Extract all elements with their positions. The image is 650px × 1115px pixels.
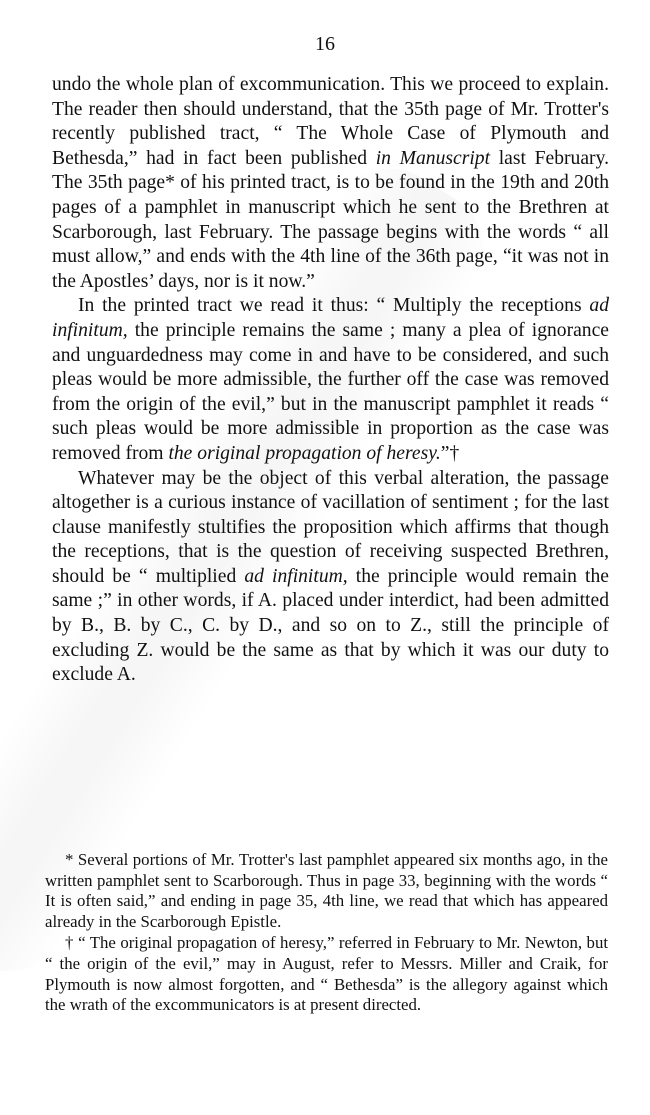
paragraph-1: undo the whole plan of excommunication. … <box>52 73 609 294</box>
footnote-asterisk: * Several portions of Mr. Trotter's last… <box>45 850 608 932</box>
paragraph-1-text-b: last February. The 35th page* of his pri… <box>52 148 609 292</box>
footnote-text: “ The original propagation of heresy,” r… <box>45 933 608 1014</box>
footnotes: * Several portions of Mr. Trotter's last… <box>45 850 608 1016</box>
paragraph-3: Whatever may be the object of this verba… <box>52 467 609 688</box>
footnote-text: Several portions of Mr. Trotter's last p… <box>45 850 608 931</box>
body-text: undo the whole plan of excommunication. … <box>52 73 609 688</box>
page-number: 16 <box>0 33 650 56</box>
paragraph-3-italic: ad infinitum, <box>244 566 347 587</box>
footnote-marker-dagger: † <box>65 933 74 952</box>
footnote-dagger: † “ The original propagation of heresy,”… <box>45 933 608 1015</box>
paragraph-2-text-c: ”† <box>441 443 460 464</box>
paragraph-1-italic: in Manuscript <box>376 148 490 169</box>
document-page: 16 undo the whole plan of excommunicatio… <box>0 0 650 1115</box>
paragraph-2-italic-b: the original propagation of heresy. <box>168 443 440 464</box>
paragraph-2: In the printed tract we read it thus: “ … <box>52 294 609 466</box>
paragraph-2-text-a: In the printed tract we read it thus: “ … <box>78 295 589 316</box>
